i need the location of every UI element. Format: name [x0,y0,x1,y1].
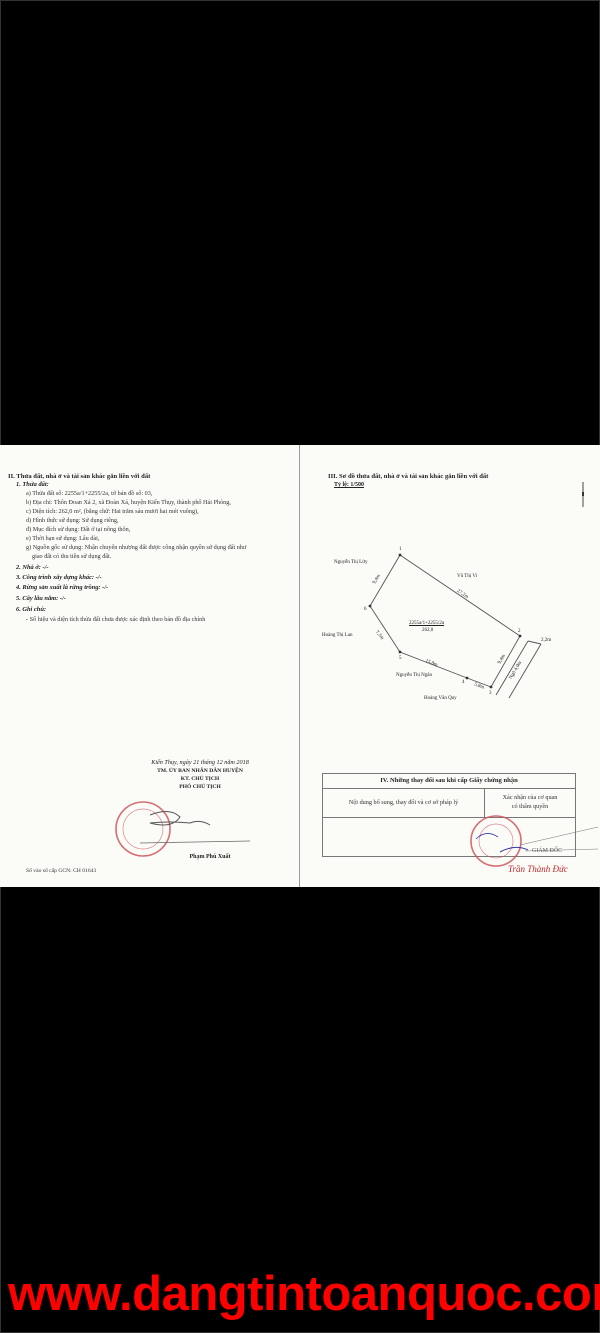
watermark-url: www.dangtintoanquoc.com [8,1266,600,1322]
director-name: Trần Thành Đức [508,864,568,874]
right-stamp-signature [0,445,600,887]
certificate-document: II. Thửa đất, nhà ở và tài sản khác gắn … [0,445,600,887]
director-title: GIÁM ĐỐC [532,847,562,856]
